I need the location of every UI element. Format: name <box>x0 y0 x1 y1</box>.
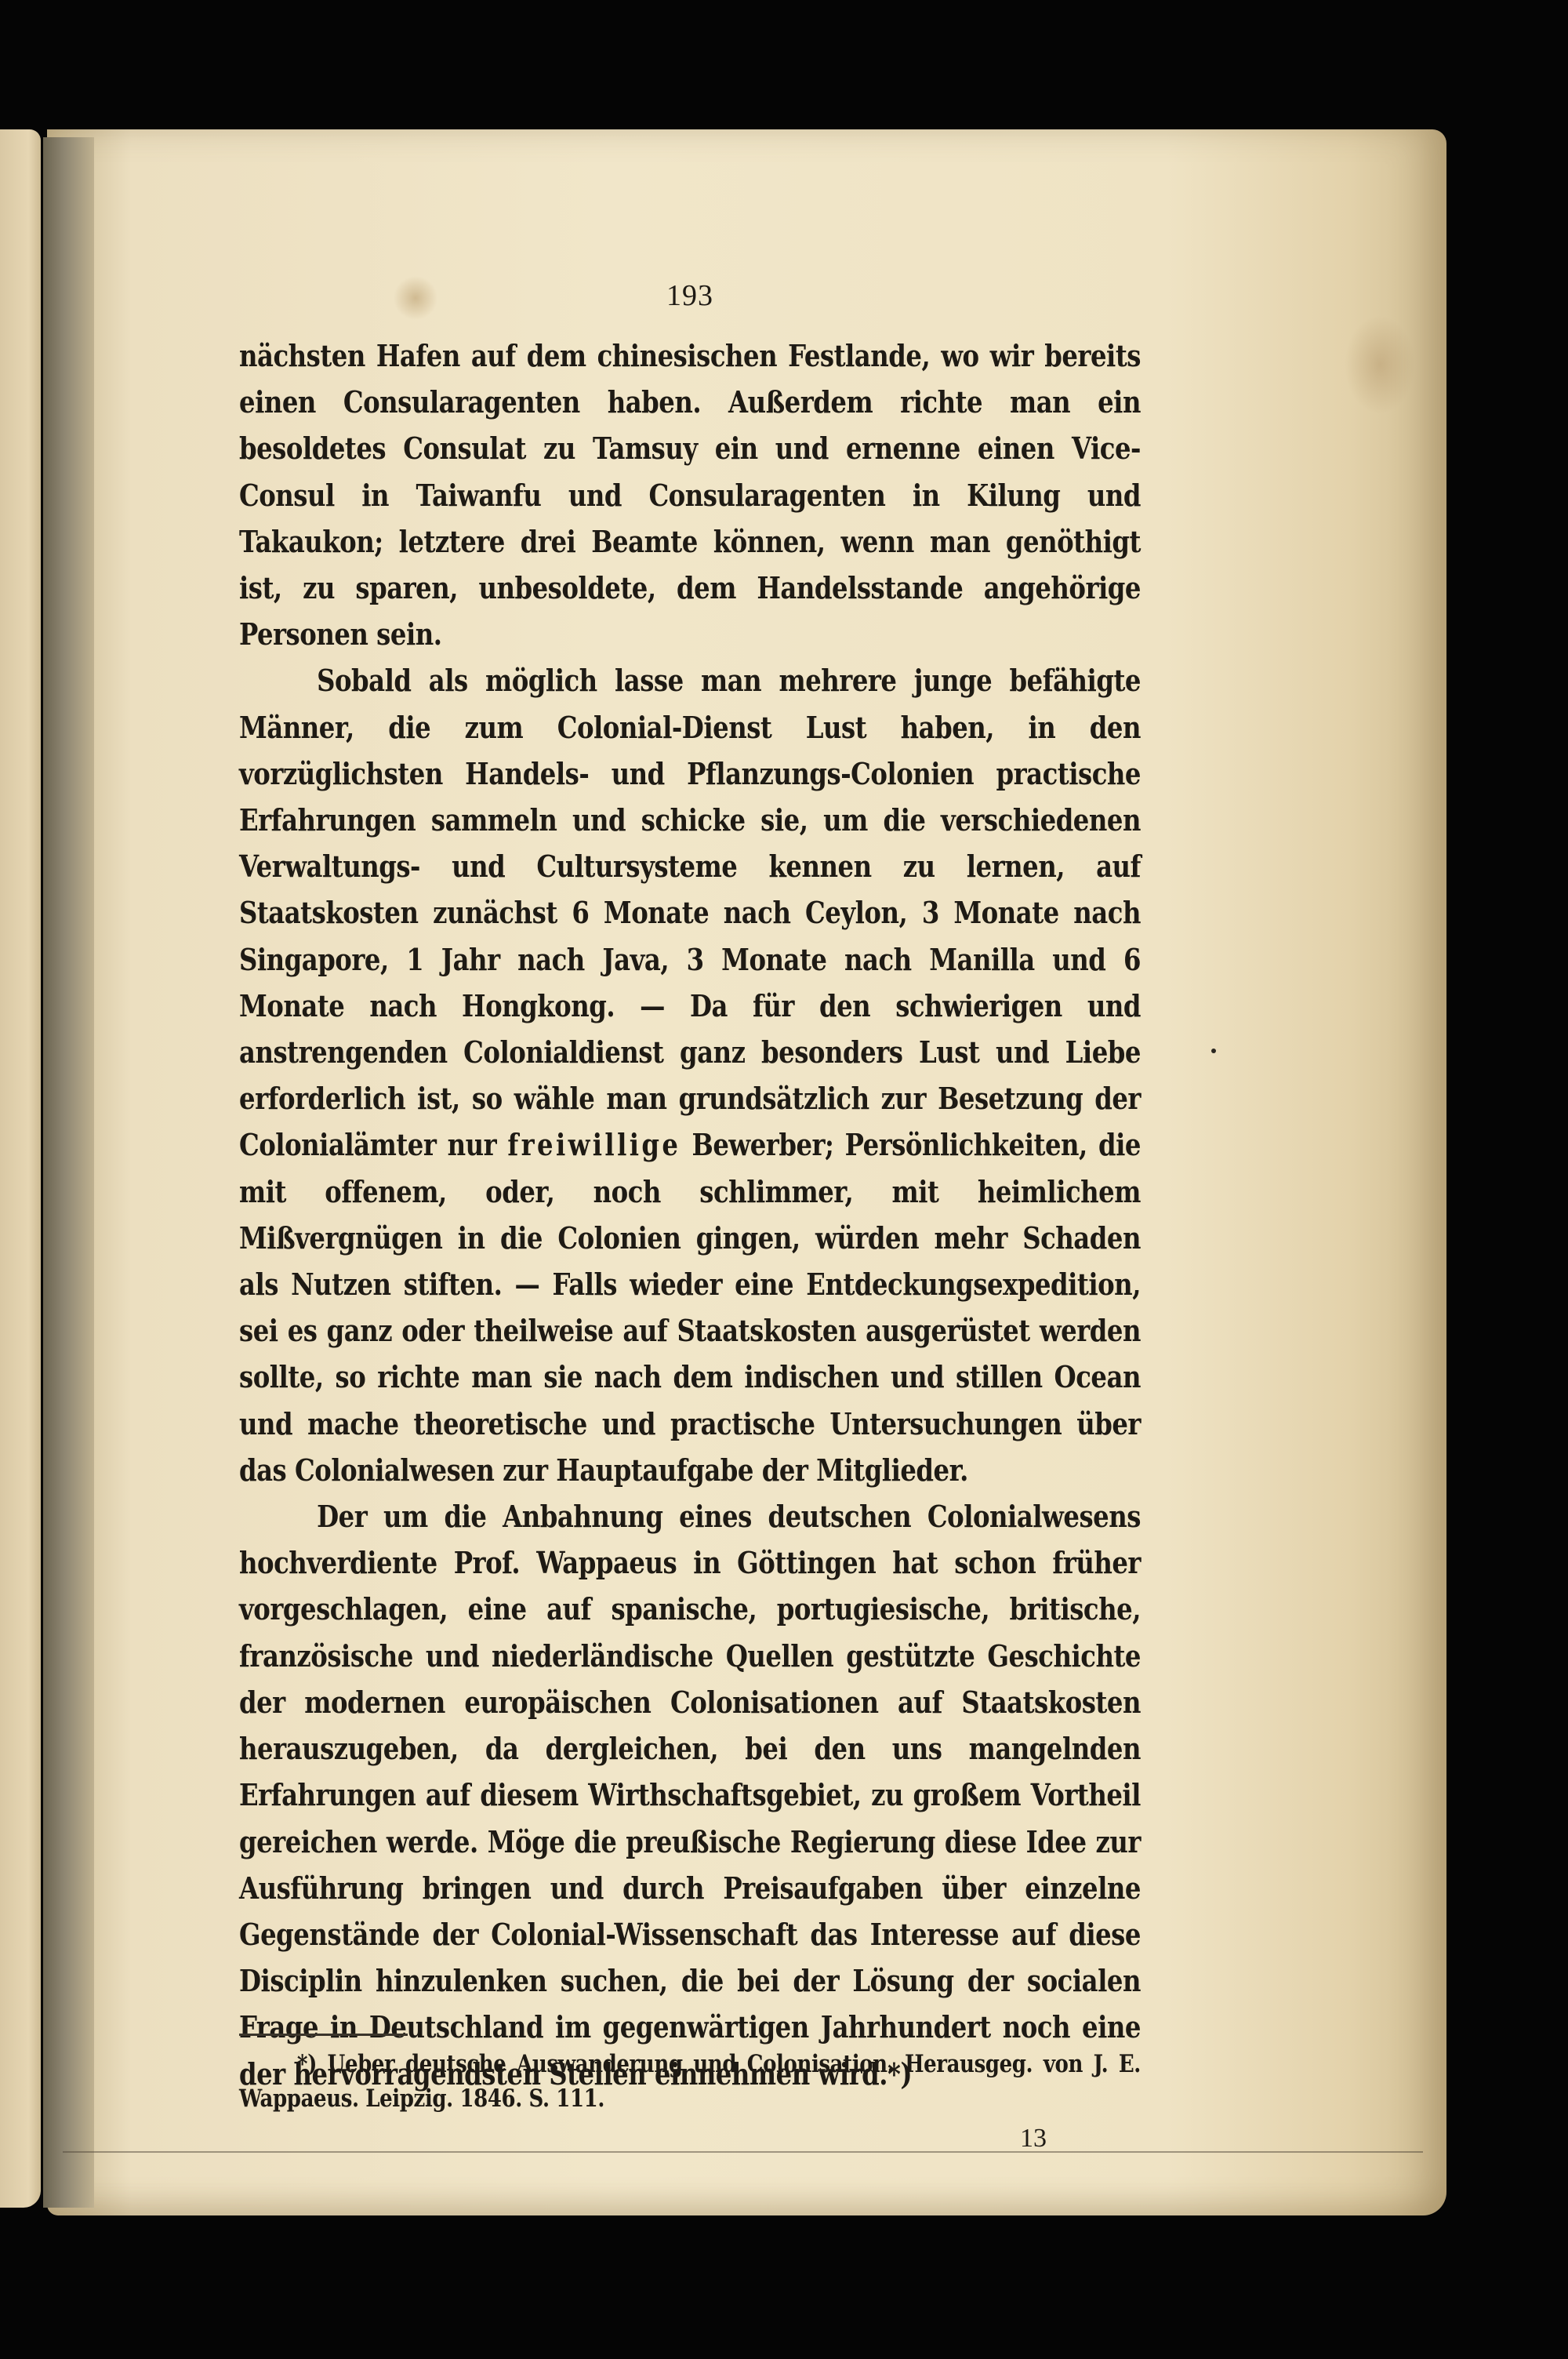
footnote-text: *) Ueber deutsche Auswanderung und Colon… <box>239 2047 1141 2116</box>
paragraph-3: Der um die Anbahnung eines deutschen Col… <box>239 1494 1141 2098</box>
emphasis-spaced-word: freiwillige <box>507 1128 681 1163</box>
facing-page-edge <box>0 129 41 2208</box>
page-number: 193 <box>239 278 1141 313</box>
paragraph-2-part-1: Sobald als möglich lasse man mehrere jun… <box>239 663 1141 1163</box>
margin-mark <box>1211 1049 1216 1053</box>
paragraph-2: Sobald als möglich lasse man mehrere jun… <box>239 658 1141 1494</box>
gutter-shadow <box>43 137 94 2208</box>
paragraph-2-part-2: Bewerber; Persönlichkeiten, die mit offe… <box>239 1128 1141 1488</box>
body-text: nächsten Hafen auf dem chinesischen Fest… <box>239 333 1141 2098</box>
footnote: *) Ueber deutsche Auswanderung und Colon… <box>239 2047 1141 2116</box>
book-page: 193 nächsten Hafen auf dem chinesischen … <box>47 129 1446 2215</box>
paragraph-1: nächsten Hafen auf dem chinesischen Fest… <box>239 333 1141 658</box>
signature-mark: 13 <box>239 2124 1047 2154</box>
footnote-rule <box>239 2034 408 2036</box>
